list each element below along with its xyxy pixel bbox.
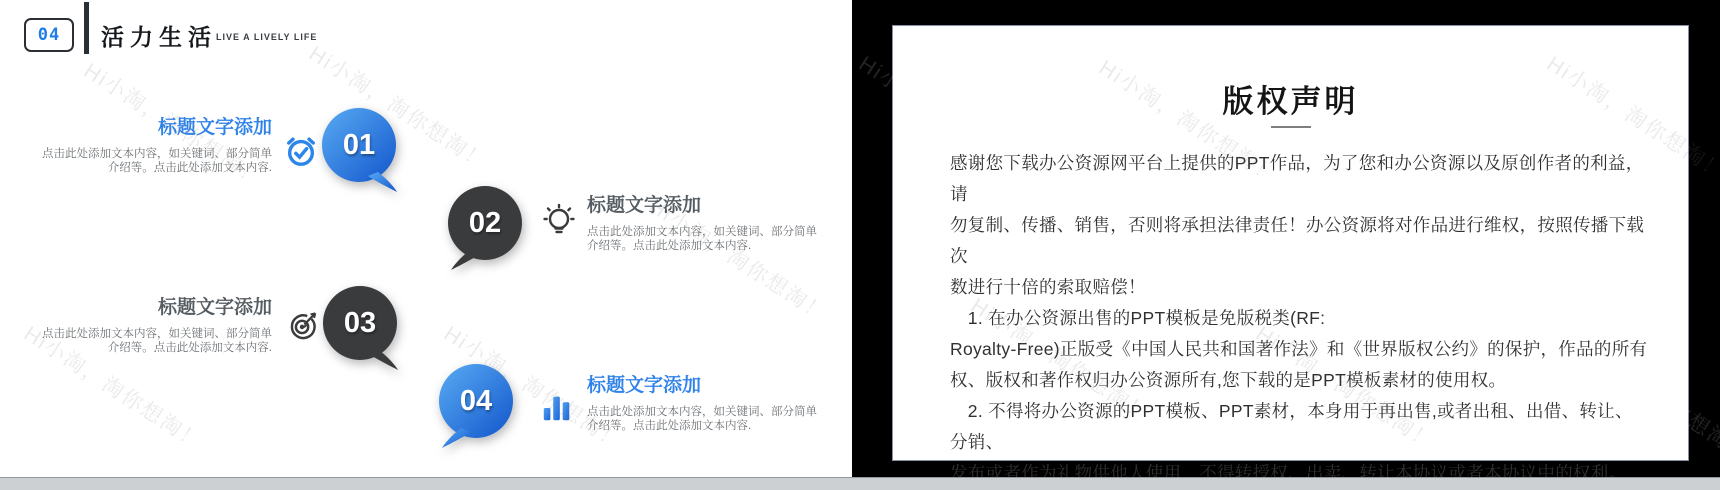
item-1-textblock: 标题文字添加 点击此处添加文本内容，如关键词、部分简单 介绍等。点击此处添加文本… <box>40 112 272 175</box>
step-4-bubble: 04 <box>439 364 517 448</box>
item-1-body: 点击此处添加文本内容，如关键词、部分简单 介绍等。点击此处添加文本内容. <box>40 147 272 175</box>
step-4-number: 04 <box>439 364 513 438</box>
item-2-body: 点击此处添加文本内容，如关键词、部分简单 介绍等。点击此处添加文本内容. <box>587 225 819 253</box>
item-4-title: 标题文字添加 <box>587 370 819 397</box>
item-1-title: 标题文字添加 <box>40 112 272 139</box>
step-2-number: 02 <box>448 186 522 260</box>
target-icon <box>286 309 320 343</box>
item-3-body: 点击此处添加文本内容，如关键词、部分简单 介绍等。点击此处添加文本内容. <box>40 327 272 355</box>
section-title: 活力生活 <box>101 19 217 52</box>
lightbulb-icon <box>540 202 578 240</box>
copyright-panel: 版权声明 感谢您下载办公资源网平台上提供的PPT作品，为了您和办公资源以及原创作… <box>892 25 1689 461</box>
step-2-bubble: 02 <box>448 186 526 270</box>
step-1-bubble: 01 <box>322 108 400 192</box>
step-3-number: 03 <box>323 286 397 360</box>
item-3-title: 标题文字添加 <box>40 292 272 319</box>
bottom-edge-bar <box>0 477 1720 490</box>
slide-right: 版权声明 感谢您下载办公资源网平台上提供的PPT作品，为了您和办公资源以及原创作… <box>852 0 1720 477</box>
bar-chart-icon <box>540 390 574 424</box>
page: { "watermark": "Hi小淘，淘你想淘！", "left_slide… <box>0 0 1720 490</box>
step-1-number: 01 <box>322 108 396 182</box>
item-3-textblock: 标题文字添加 点击此处添加文本内容，如关键词、部分简单 介绍等。点击此处添加文本… <box>40 292 272 355</box>
step-3-bubble: 03 <box>323 286 401 370</box>
copyright-body: 感谢您下载办公资源网平台上提供的PPT作品，为了您和办公资源以及原创作者的利益，… <box>950 148 1650 489</box>
section-subtitle: LIVE A LIVELY LIFE <box>216 32 317 42</box>
copyright-title: 版权声明 <box>893 76 1688 121</box>
section-number-badge: 04 <box>24 18 74 52</box>
item-4-body: 点击此处添加文本内容，如关键词、部分简单 介绍等。点击此处添加文本内容. <box>587 405 819 433</box>
alarm-clock-icon <box>284 134 318 168</box>
title-divider <box>1271 126 1311 128</box>
item-4-textblock: 标题文字添加 点击此处添加文本内容，如关键词、部分简单 介绍等。点击此处添加文本… <box>587 370 819 433</box>
item-2-textblock: 标题文字添加 点击此处添加文本内容，如关键词、部分简单 介绍等。点击此处添加文本… <box>587 190 819 253</box>
item-2-title: 标题文字添加 <box>587 190 819 217</box>
header-divider-bar <box>84 2 89 54</box>
slide-left: 04 活力生活 LIVE A LIVELY LIFE 标题文字添加 点击此处添加… <box>0 0 852 477</box>
